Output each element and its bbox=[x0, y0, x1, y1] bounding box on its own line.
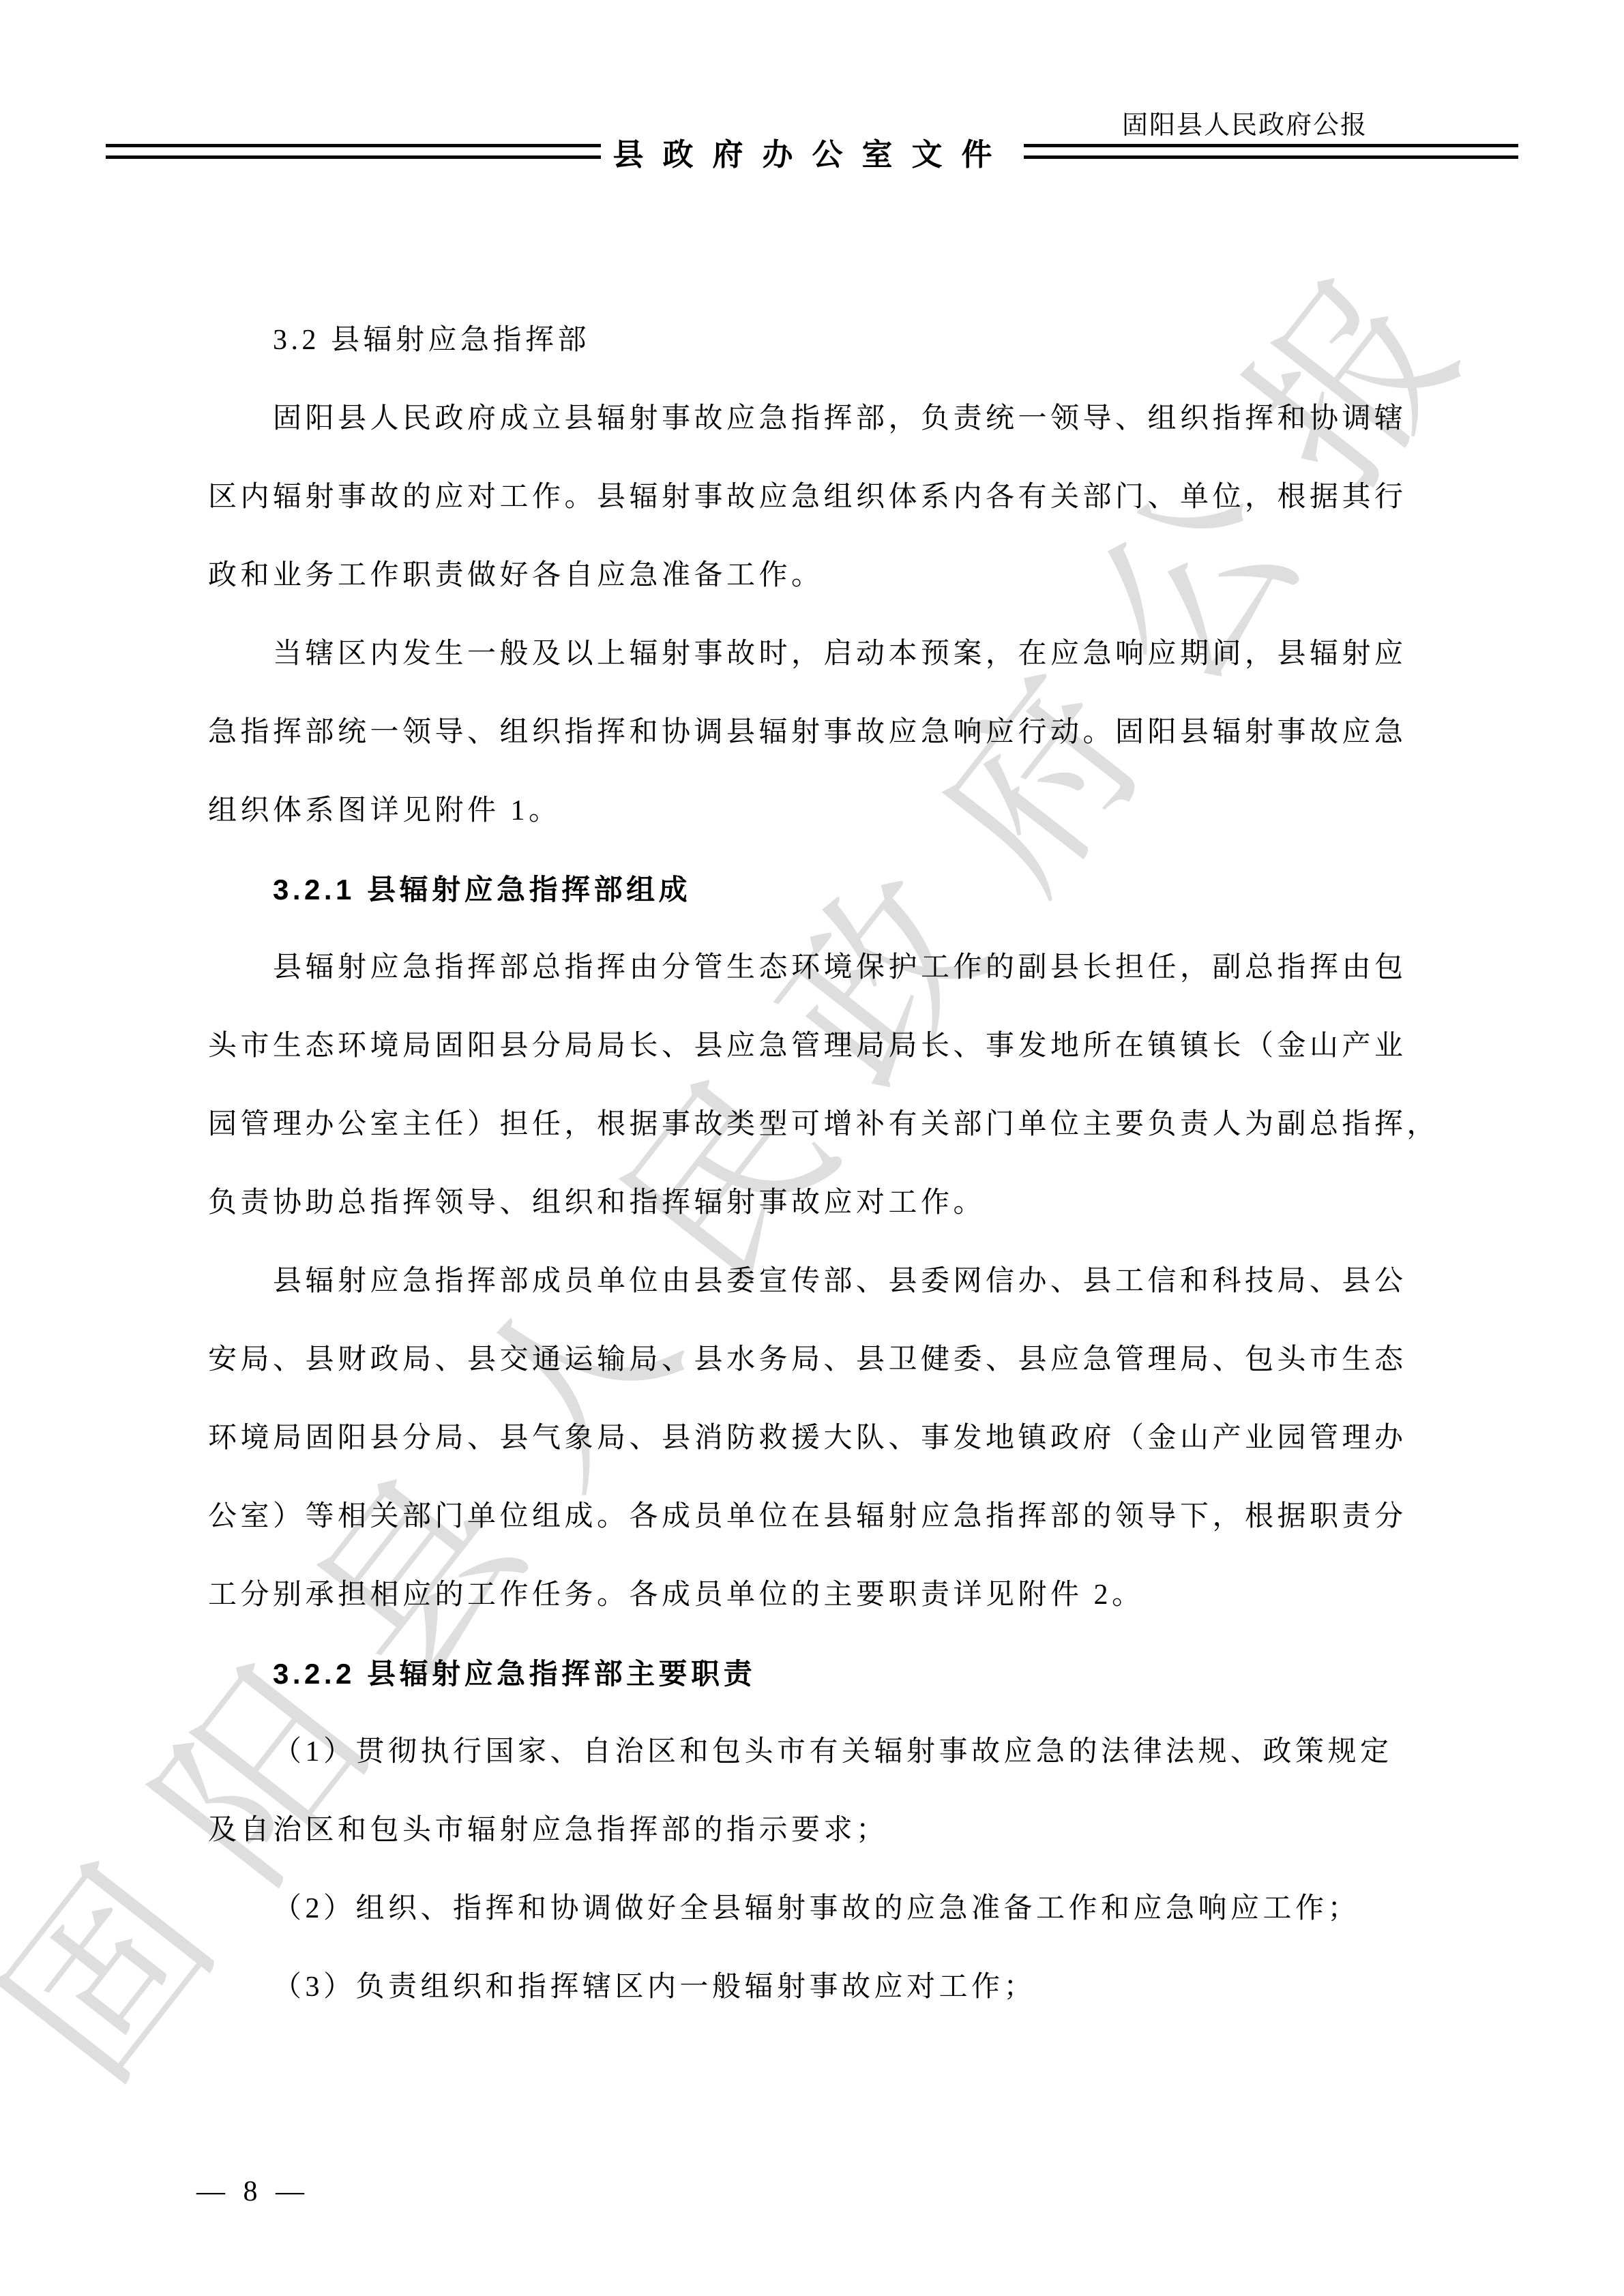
banner-rule-left bbox=[106, 144, 601, 159]
body-text-line: 工分别承担相应的工作任务。各成员单位的主要职责详见附件 2。 bbox=[208, 1556, 1422, 1635]
body-text-line: 公室）等相关部门单位组成。各成员单位在县辐射应急指挥部的领导下，根据职责分 bbox=[208, 1478, 1422, 1556]
body-text-line: 当辖区内发生一般及以上辐射事故时，启动本预案，在应急响应期间，县辐射应 bbox=[208, 615, 1422, 694]
body-text-line: （2）组织、指挥和协调做好全县辐射事故的应急准备工作和应急响应工作； bbox=[208, 1870, 1422, 1948]
body-text-line: 安局、县财政局、县交通运输局、县水务局、县卫健委、县应急管理局、包头市生态 bbox=[208, 1321, 1422, 1399]
body-text-line: 环境局固阳县分局、县气象局、县消防救援大队、事发地镇政府（金山产业园管理办 bbox=[208, 1399, 1422, 1478]
page-number: — 8 — bbox=[196, 2175, 310, 2208]
body-text-line: 负责协助总指挥领导、组织和指挥辐射事故应对工作。 bbox=[208, 1164, 1422, 1242]
body-text-line: 县辐射应急指挥部成员单位由县委宣传部、县委网信办、县工信和科技局、县公 bbox=[208, 1242, 1422, 1321]
body-text-line: 急指挥部统一领导、组织指挥和协调县辐射事故应急响应行动。固阳县辐射事故应急 bbox=[208, 694, 1422, 772]
body-text-line: 头市生态环境局固阳县分局局长、县应急管理局局长、事发地所在镇镇长（金山产业 bbox=[208, 1007, 1422, 1086]
body-text-line: 及自治区和包头市辐射应急指挥部的指示要求； bbox=[208, 1791, 1422, 1870]
body-text-line: 区内辐射事故的应对工作。县辐射事故应急组织体系内各有关部门、单位，根据其行 bbox=[208, 458, 1422, 537]
section-heading: 3.2.2 县辐射应急指挥部主要职责 bbox=[208, 1635, 1422, 1713]
body-text-line: （3）负责组织和指挥辖区内一般辐射事故应对工作； bbox=[208, 1948, 1422, 2027]
section-heading: 3.2.1 县辐射应急指挥部组成 bbox=[208, 850, 1422, 929]
body-text-line: 政和业务工作职责做好各自应急准备工作。 bbox=[208, 537, 1422, 615]
document-page: 固阳县人民政府公报 固阳县人民政府公报 县政府办公室文件 3.2 县辐射应急指挥… bbox=[0, 0, 1624, 2296]
body-text-line: 县辐射应急指挥部总指挥由分管生态环境保护工作的副县长担任，副总指挥由包 bbox=[208, 929, 1422, 1007]
document-banner: 县政府办公室文件 bbox=[106, 132, 1518, 170]
banner-label: 县政府办公室文件 bbox=[601, 130, 1024, 174]
body-text-line: 固阳县人民政府成立县辐射事故应急指挥部，负责统一领导、组织指挥和协调辖 bbox=[208, 380, 1422, 458]
body-text-line: （1）贯彻执行国家、自治区和包头市有关辐射事故应急的法律法规、政策规定 bbox=[208, 1713, 1422, 1791]
body-text-line: 3.2 县辐射应急指挥部 bbox=[208, 301, 1422, 380]
body-text-line: 园管理办公室主任）担任，根据事故类型可增补有关部门单位主要负责人为副总指挥， bbox=[208, 1086, 1422, 1164]
body-text-line: 组织体系图详见附件 1。 bbox=[208, 772, 1422, 850]
body-lines: 3.2 县辐射应急指挥部固阳县人民政府成立县辐射事故应急指挥部，负责统一领导、组… bbox=[208, 301, 1422, 2027]
banner-rule-right bbox=[1024, 144, 1519, 159]
